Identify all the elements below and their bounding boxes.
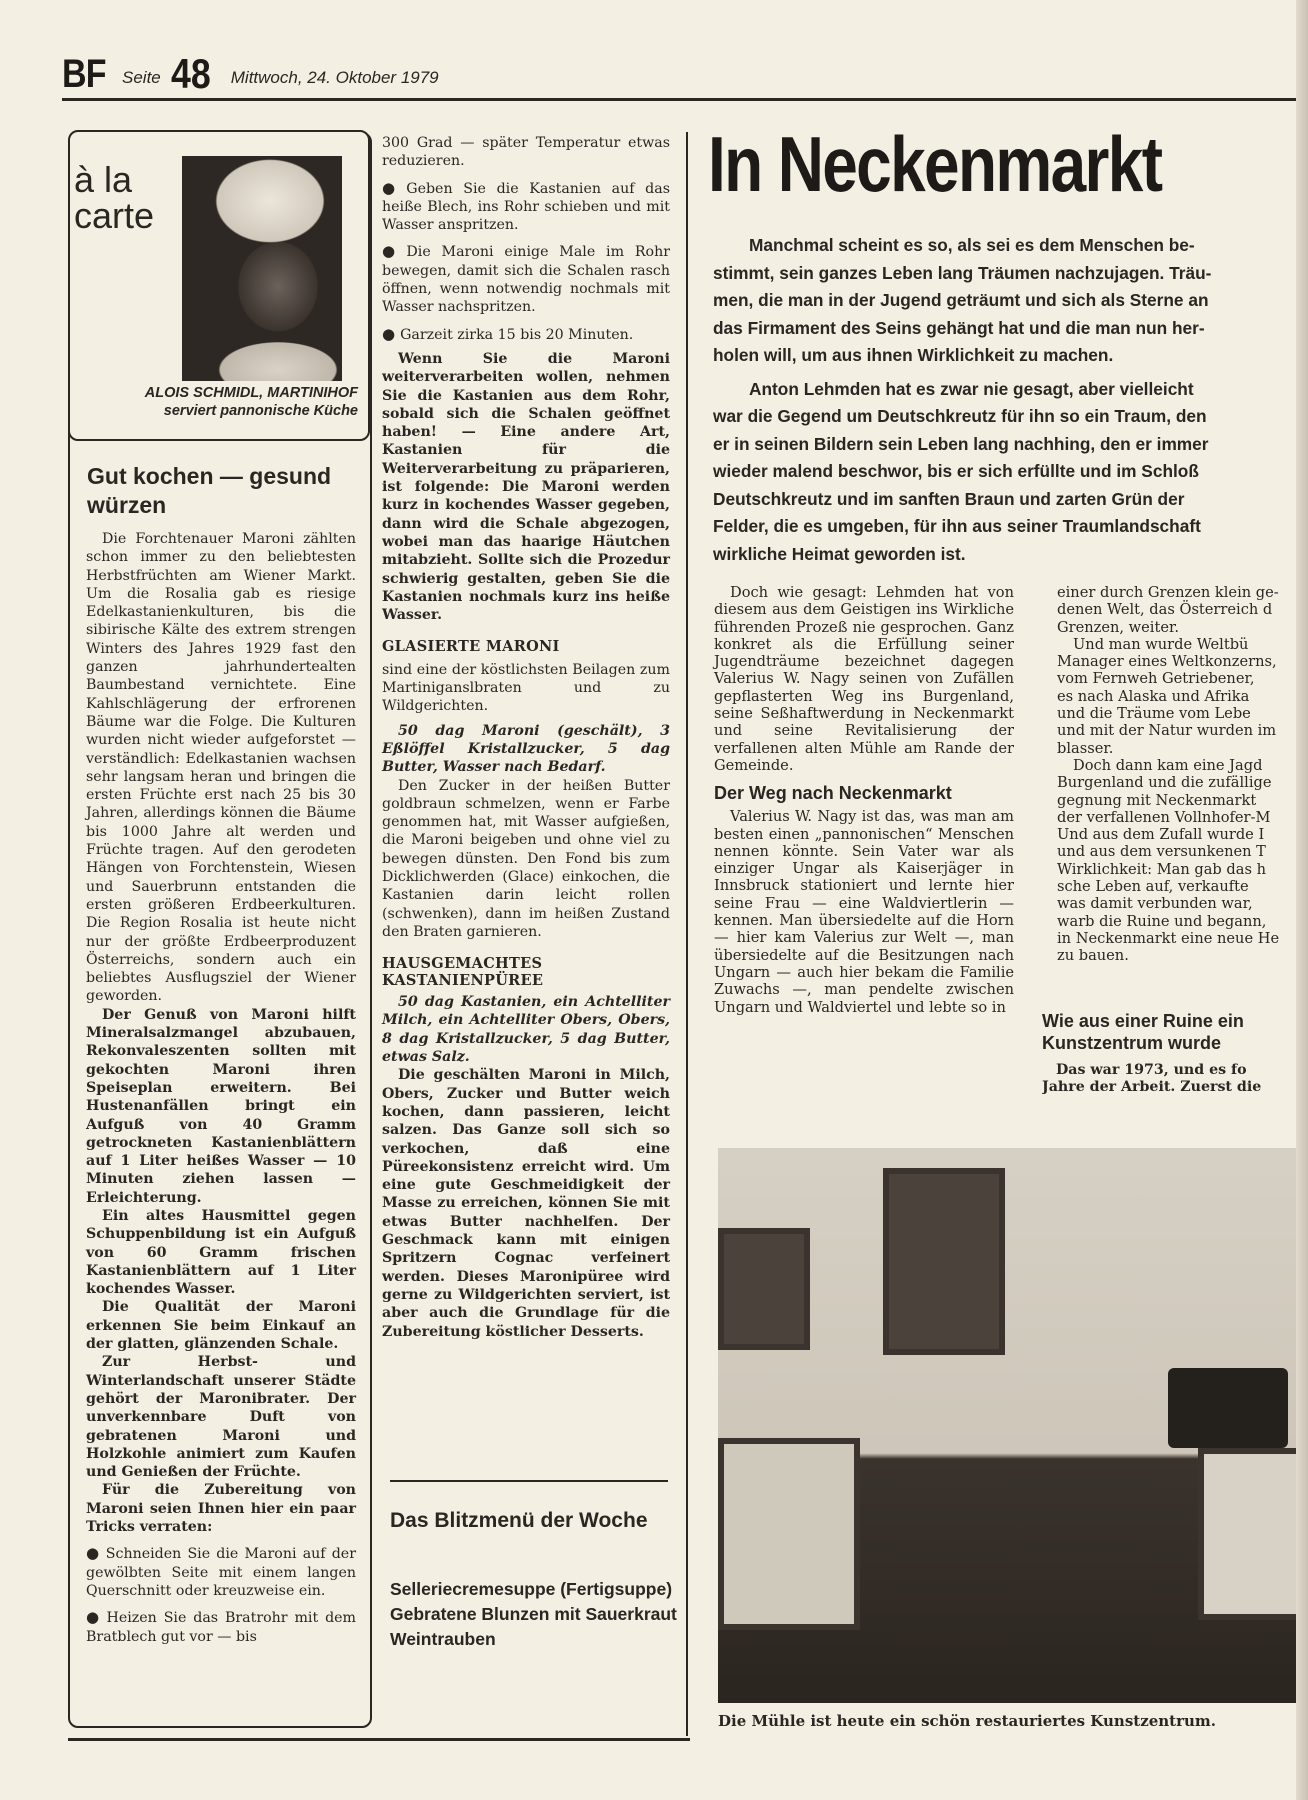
text-line: gegnung mit Neckenmarkt [1041, 792, 1308, 809]
text-line: sche Leben auf, verkaufte [1041, 878, 1308, 895]
chef-portrait-photo [182, 156, 342, 381]
article-column-2: 300 Grad — später Temperatur etwas reduz… [382, 134, 670, 1341]
recipe-method: Die geschälten Maroni in Milch, Obers, Z… [382, 1066, 670, 1340]
text-line: und mit der Natur wurden im [1041, 722, 1308, 739]
text-line: denen Welt, das Österreich d [1041, 601, 1308, 618]
subhead-ruine-kunstzentrum: Wie aus einer Ruine ein Kunstzentrum wur… [1042, 1010, 1308, 1054]
lead-line: das Firmament des Seins gehängt hat und … [713, 315, 1308, 343]
text-line: und aus dem versunkenen T [1041, 843, 1308, 860]
text-line: Das war 1973, und es fo [1042, 1062, 1308, 1079]
lead-line: Manchmal scheint es so, als sei es dem M… [713, 232, 1308, 260]
article-headline-gut-kochen: Gut kochen — gesund würzen [87, 462, 357, 520]
text-line: der verfallenen Vollnhofer-M [1041, 809, 1308, 826]
chef-caption-name: ALOIS SCHMIDL, MARTINIHOF [90, 384, 358, 402]
painting-frame [718, 1228, 810, 1350]
bullet-item: Heizen Sie das Bratrohr mit dem Bratblec… [86, 1608, 356, 1646]
lead-line: war die Gegend um Deutschkreutz für ihn … [713, 403, 1308, 431]
lead-line: men, die man in der Jugend geträumt und … [713, 287, 1308, 315]
paragraph: Die Forchtenauer Maroni zählten schon im… [86, 530, 356, 1006]
page-edge [1296, 0, 1308, 1800]
bottom-rule [68, 1738, 690, 1741]
text-line: Burgenland und die zufällige [1041, 774, 1308, 791]
masthead-rule [62, 98, 1308, 101]
article-column-1: Die Forchtenauer Maroni zählten schon im… [86, 530, 356, 1646]
subhead-line: Wie aus einer Ruine ein [1042, 1010, 1308, 1032]
menu-item: Weintrauben [390, 1628, 680, 1650]
text-line: blasser. [1041, 740, 1308, 757]
alacarte-title: à la carte [74, 162, 154, 234]
masthead: BF Seite 48 Mittwoch, 24. Oktober 1979 [62, 52, 439, 92]
alacarte-title-line2: carte [74, 198, 154, 234]
subhead-line: Kunstzentrum wurde [1042, 1032, 1308, 1054]
bullet-item: Die Maroni einige Male im Rohr bewegen, … [382, 242, 670, 316]
paragraph: Ein altes Hausmittel gegen Schuppenbildu… [86, 1207, 356, 1298]
recipe-ingredients: 50 dag Maroni (geschält), 3 Eßlöffel Kri… [382, 722, 670, 777]
text-line: vom Fernweh Getriebener, [1041, 670, 1308, 687]
text-line: zu bauen. [1041, 947, 1308, 964]
text-line: in Neckenmarkt eine neue He [1041, 930, 1308, 947]
text-line: Doch dann kam eine Jagd [1041, 757, 1308, 774]
article-right-column-2: einer durch Grenzen klein ge- denen Welt… [1041, 584, 1308, 965]
text-line: Und man wurde Weltbü [1041, 636, 1308, 653]
photo-caption: Die Mühle ist heute ein schön restaurier… [718, 1712, 1308, 1730]
lead-line: wieder malend beschwor, bis er sich erfü… [713, 458, 1308, 486]
text-line: es nach Alaska und Afrika [1041, 688, 1308, 705]
text-line: Und aus dem Zufall wurde I [1041, 826, 1308, 843]
text-line: und die Träume vom Lebe [1041, 705, 1308, 722]
menu-item: Selleriecremesuppe (Fertigsuppe) [390, 1578, 680, 1600]
painting-frame [718, 1438, 860, 1630]
text-line: Jahre der Arbeit. Zuerst die [1042, 1079, 1308, 1096]
paragraph: Die Qualität der Maroni erkennen Sie bei… [86, 1298, 356, 1353]
draped-stand [1168, 1368, 1288, 1448]
text-line: einer durch Grenzen klein ge- [1041, 584, 1308, 601]
lead-line: Anton Lehmden hat es zwar nie gesagt, ab… [713, 376, 1308, 404]
subhead-weg-nach-neckenmarkt: Der Weg nach Neckenmarkt [714, 782, 1014, 804]
text-line: warb die Ruine und begann, [1041, 913, 1308, 930]
painting-frame [1198, 1448, 1308, 1620]
article-headline-neckenmarkt: In Neckenmarkt [708, 120, 1308, 208]
paragraph: 300 Grad — später Temperatur etwas reduz… [382, 134, 670, 171]
paragraph: Für die Zubereitung von Maroni seien Ihn… [86, 1481, 356, 1536]
menu-divider [390, 1480, 668, 1482]
chef-caption-sub: serviert pannonische Küche [90, 402, 358, 420]
text-line: Manager eines Weltkonzerns, [1041, 653, 1308, 670]
blitzmenu-list: Selleriecremesuppe (Fertigsuppe) Gebrate… [390, 1578, 680, 1653]
lead-line: Felder, die es umgeben, für ihn aus sein… [713, 513, 1308, 541]
paragraph: Der Genuß von Maroni hilft Mineralsalzma… [86, 1006, 356, 1207]
text-line: Wirklichkeit: Man gab das h [1041, 861, 1308, 878]
blitzmenu-title: Das Blitzmenü der Woche [390, 1508, 670, 1533]
lead-line: holen will, um aus ihnen Wirklichkeit zu… [713, 342, 1308, 370]
painting-frame [883, 1168, 1005, 1355]
lead-line: Deutschkreutz und im sanften Braun und z… [713, 486, 1308, 514]
alacarte-title-line1: à la [74, 162, 154, 198]
bullet-item: Schneiden Sie die Maroni auf der gewölbt… [86, 1544, 356, 1600]
lead-line: er in seinen Bildern sein Leben lang nac… [713, 431, 1308, 459]
paragraph: Valerius W. Nagy ist das, was man am bes… [714, 808, 1014, 1016]
newspaper-logo: BF [62, 56, 105, 92]
article-lead: Manchmal scheint es so, als sei es dem M… [713, 232, 1308, 568]
column-divider [686, 132, 688, 1736]
paragraph: Doch wie gesagt: Lehmden hat von diesem … [714, 584, 1014, 774]
page-label: Seite [122, 68, 161, 88]
recipe-title-glasierte-maroni: GLASIERTE MARONI [382, 638, 670, 656]
alacarte-box: à la carte ALOIS SCHMIDL, MARTINIHOF ser… [68, 130, 370, 441]
article-right-column-1: Doch wie gesagt: Lehmden hat von diesem … [714, 584, 1014, 1016]
text-line: Grenzen, weiter. [1041, 619, 1308, 636]
menu-item: Gebratene Blunzen mit Sauerkraut [390, 1603, 680, 1625]
recipe-method: Den Zucker in der heißen Butter goldbrau… [382, 777, 670, 942]
issue-date: Mittwoch, 24. Oktober 1979 [231, 68, 439, 88]
article-right-column-2-end: Das war 1973, und es fo Jahre der Arbeit… [1042, 1062, 1308, 1096]
recipe-intro: sind eine der köstlichsten Beilagen zum … [382, 661, 670, 716]
paragraph: Wenn Sie die Maroni weiterverarbeiten wo… [382, 350, 670, 624]
recipe-title-kastanienpueree: HAUSGEMACHTES KASTANIENPÜREE [382, 955, 670, 989]
bullet-item: Geben Sie die Kastanien auf das heiße Bl… [382, 179, 670, 235]
paragraph: Zur Herbst- und Winterlandschaft unserer… [86, 1353, 356, 1481]
mill-interior-photo [718, 1148, 1308, 1703]
recipe-ingredients: 50 dag Kastanien, ein Achtelliter Milch,… [382, 993, 670, 1066]
lead-line: stimmt, sein ganzes Leben lang Träumen n… [713, 260, 1308, 288]
bullet-item: Garzeit zirka 15 bis 20 Minuten. [382, 325, 670, 344]
lead-line: wirkliche Heimat geworden ist. [713, 541, 1308, 569]
page-number: 48 [171, 56, 214, 92]
text-line: was damit verbunden war, [1041, 895, 1308, 912]
